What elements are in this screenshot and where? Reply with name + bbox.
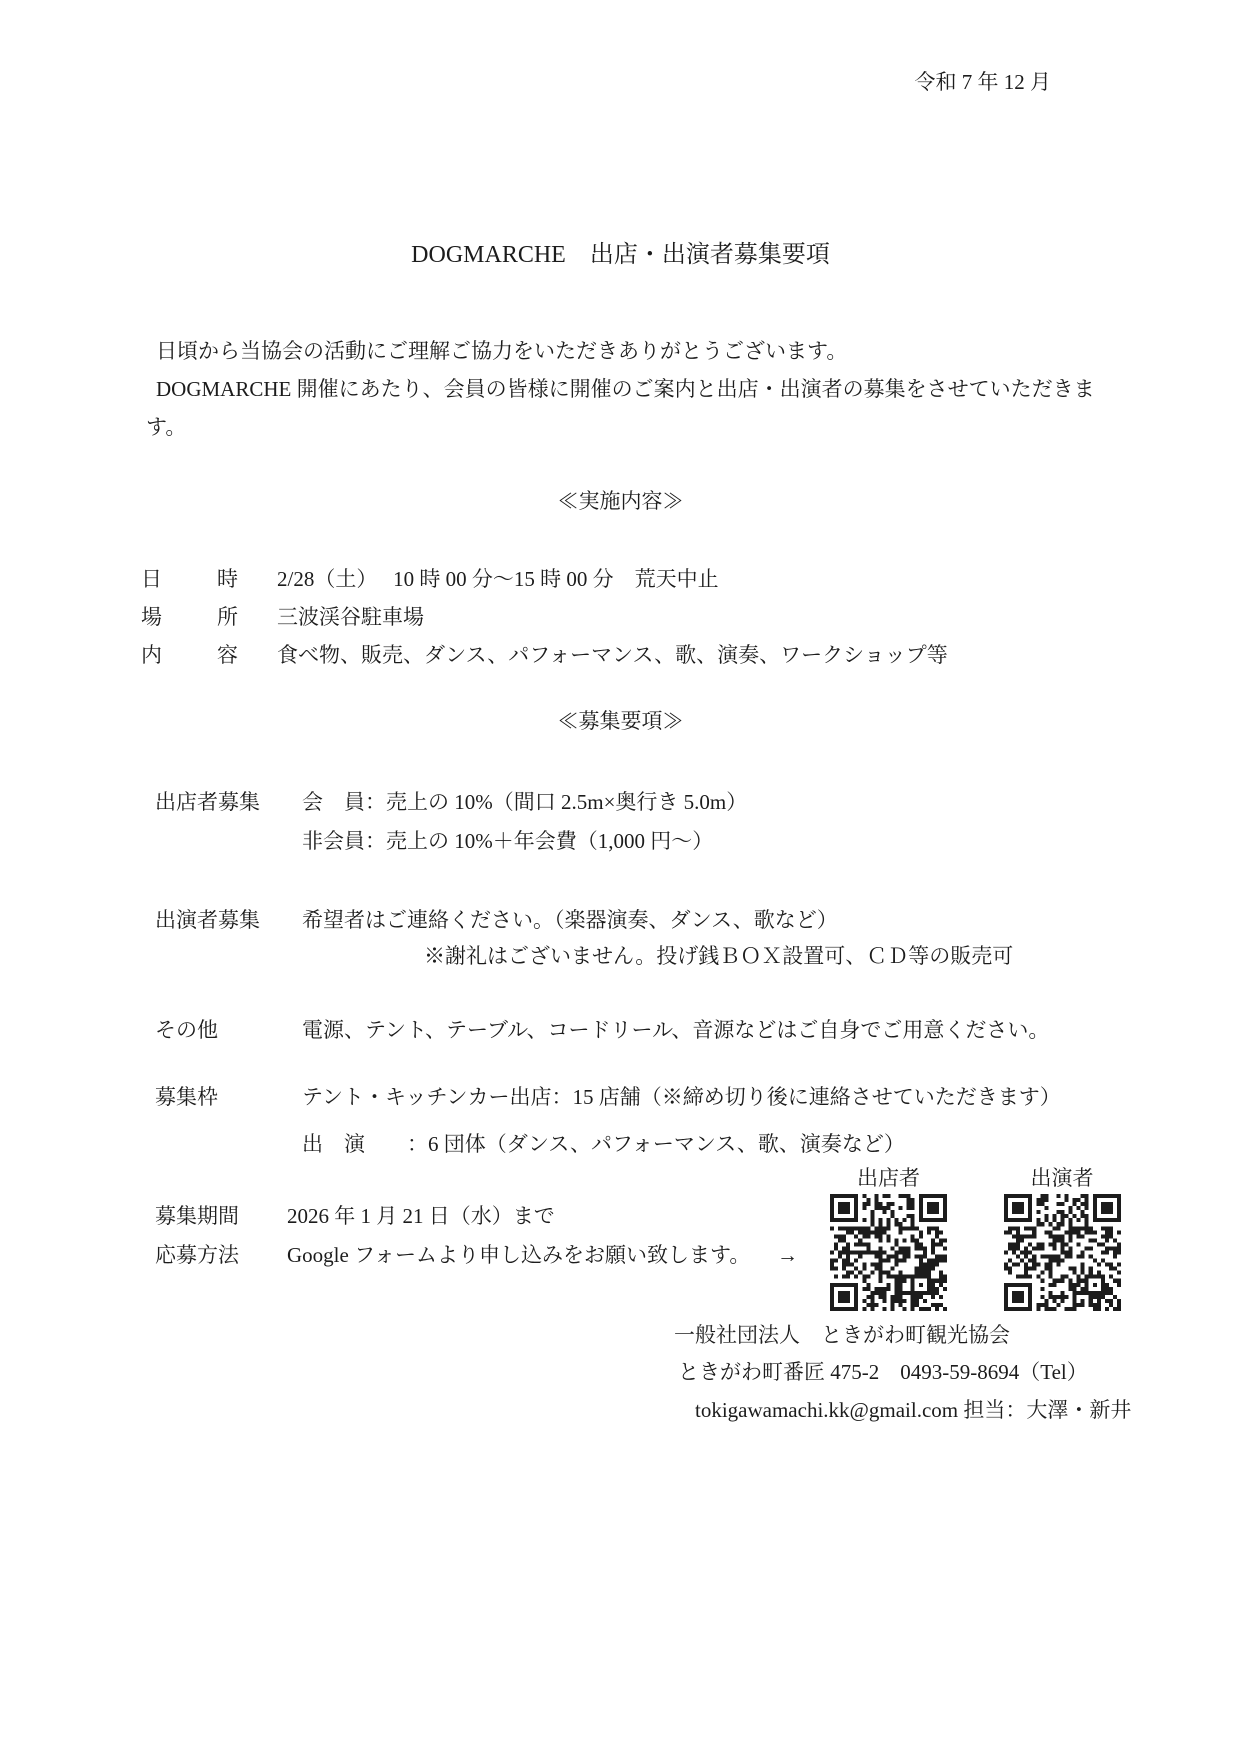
apply-period-value: 2026 年 1 月 21 日（水）まで xyxy=(287,1202,555,1230)
detail-row-datetime: 日時 2/28（土） 10 時 00 分～15 時 00 分 荒天中止 xyxy=(141,565,719,593)
recruit-item-note: ※謝礼はございません。投げ銭ＢＯＸ設置可、ＣＤ等の販売可 xyxy=(424,942,1013,970)
apply-method-label: 応募方法 xyxy=(155,1241,239,1269)
recruit-item-label-other: その他 xyxy=(155,1016,218,1044)
intro-line: 日頃から当協会の活動にご理解ご協力をいただきありがとうございます。 xyxy=(156,337,847,365)
detail-row-place: 場所 三波渓谷駐車場 xyxy=(141,603,424,631)
recruit-item-line: 非会員：売上の 10%＋年会費（1,000 円～） xyxy=(302,827,713,855)
detail-row-contents: 内容 食べ物、販売、ダンス、パフォーマンス、歌、演奏、ワークショップ等 xyxy=(141,641,948,669)
recruit-item-line: 会 員：売上の 10%（間口 2.5m×奥行き 5.0m） xyxy=(302,788,747,816)
section-heading-recruit: ≪募集要項≫ xyxy=(0,707,1241,735)
qr-code-performer xyxy=(1004,1193,1121,1312)
recruit-item-line: 出 演 ：6 団体（ダンス、パフォーマンス、歌、演奏など） xyxy=(302,1130,905,1158)
detail-label: 内容 xyxy=(141,641,238,669)
apply-method-value: Google フォームより申し込みをお願い致します。 xyxy=(287,1241,750,1269)
intro-line: す。 xyxy=(146,413,186,441)
recruit-item-line: 希望者はご連絡ください。（楽器演奏、ダンス、歌など） xyxy=(302,906,838,934)
qr-label-performer: 出演者 xyxy=(1004,1164,1120,1192)
recruit-item-label-performer: 出演者募集 xyxy=(155,906,260,934)
recruit-item-label-vendor: 出店者募集 xyxy=(155,788,260,816)
detail-label: 日時 xyxy=(141,565,238,593)
intro-line: DOGMARCHE 開催にあたり、会員の皆様に開催のご案内と出店・出演者の募集を… xyxy=(156,375,1095,403)
qr-label-vendor: 出店者 xyxy=(830,1164,947,1192)
recruit-item-label-slots: 募集枠 xyxy=(155,1083,218,1111)
document-page: 令和 7 年 12 月 DOGMARCHE 出店・出演者募集要項 日頃から当協会… xyxy=(0,0,1241,1755)
footer-address-phone: ときがわ町番匠 475-2 0493-59-8694（Tel） xyxy=(678,1358,1088,1386)
recruit-item-line: テント・キッチンカー出店：15 店舗（※締め切り後に連絡させていただきます） xyxy=(302,1083,1061,1111)
detail-label: 場所 xyxy=(141,603,238,631)
recruit-item-line: 電源、テント、テーブル、コードリール、音源などはご自身でご用意ください。 xyxy=(302,1016,1049,1044)
detail-value: 三波渓谷駐車場 xyxy=(277,603,424,631)
footer-email-contact: tokigawamachi.kk@gmail.com 担当：大澤・新井 xyxy=(695,1396,1131,1424)
detail-value: 食べ物、販売、ダンス、パフォーマンス、歌、演奏、ワークショップ等 xyxy=(277,641,948,669)
document-title: DOGMARCHE 出店・出演者募集要項 xyxy=(0,241,1241,269)
document-date: 令和 7 年 12 月 xyxy=(915,68,1052,96)
footer-organization: 一般社団法人 ときがわ町観光協会 xyxy=(674,1321,1010,1349)
arrow-right-icon: → xyxy=(777,1241,798,1269)
qr-code-vendor xyxy=(830,1193,947,1312)
section-heading-details: ≪実施内容≫ xyxy=(0,487,1241,515)
detail-value: 2/28（土） 10 時 00 分～15 時 00 分 荒天中止 xyxy=(277,565,719,593)
apply-period-label: 募集期間 xyxy=(155,1202,239,1230)
